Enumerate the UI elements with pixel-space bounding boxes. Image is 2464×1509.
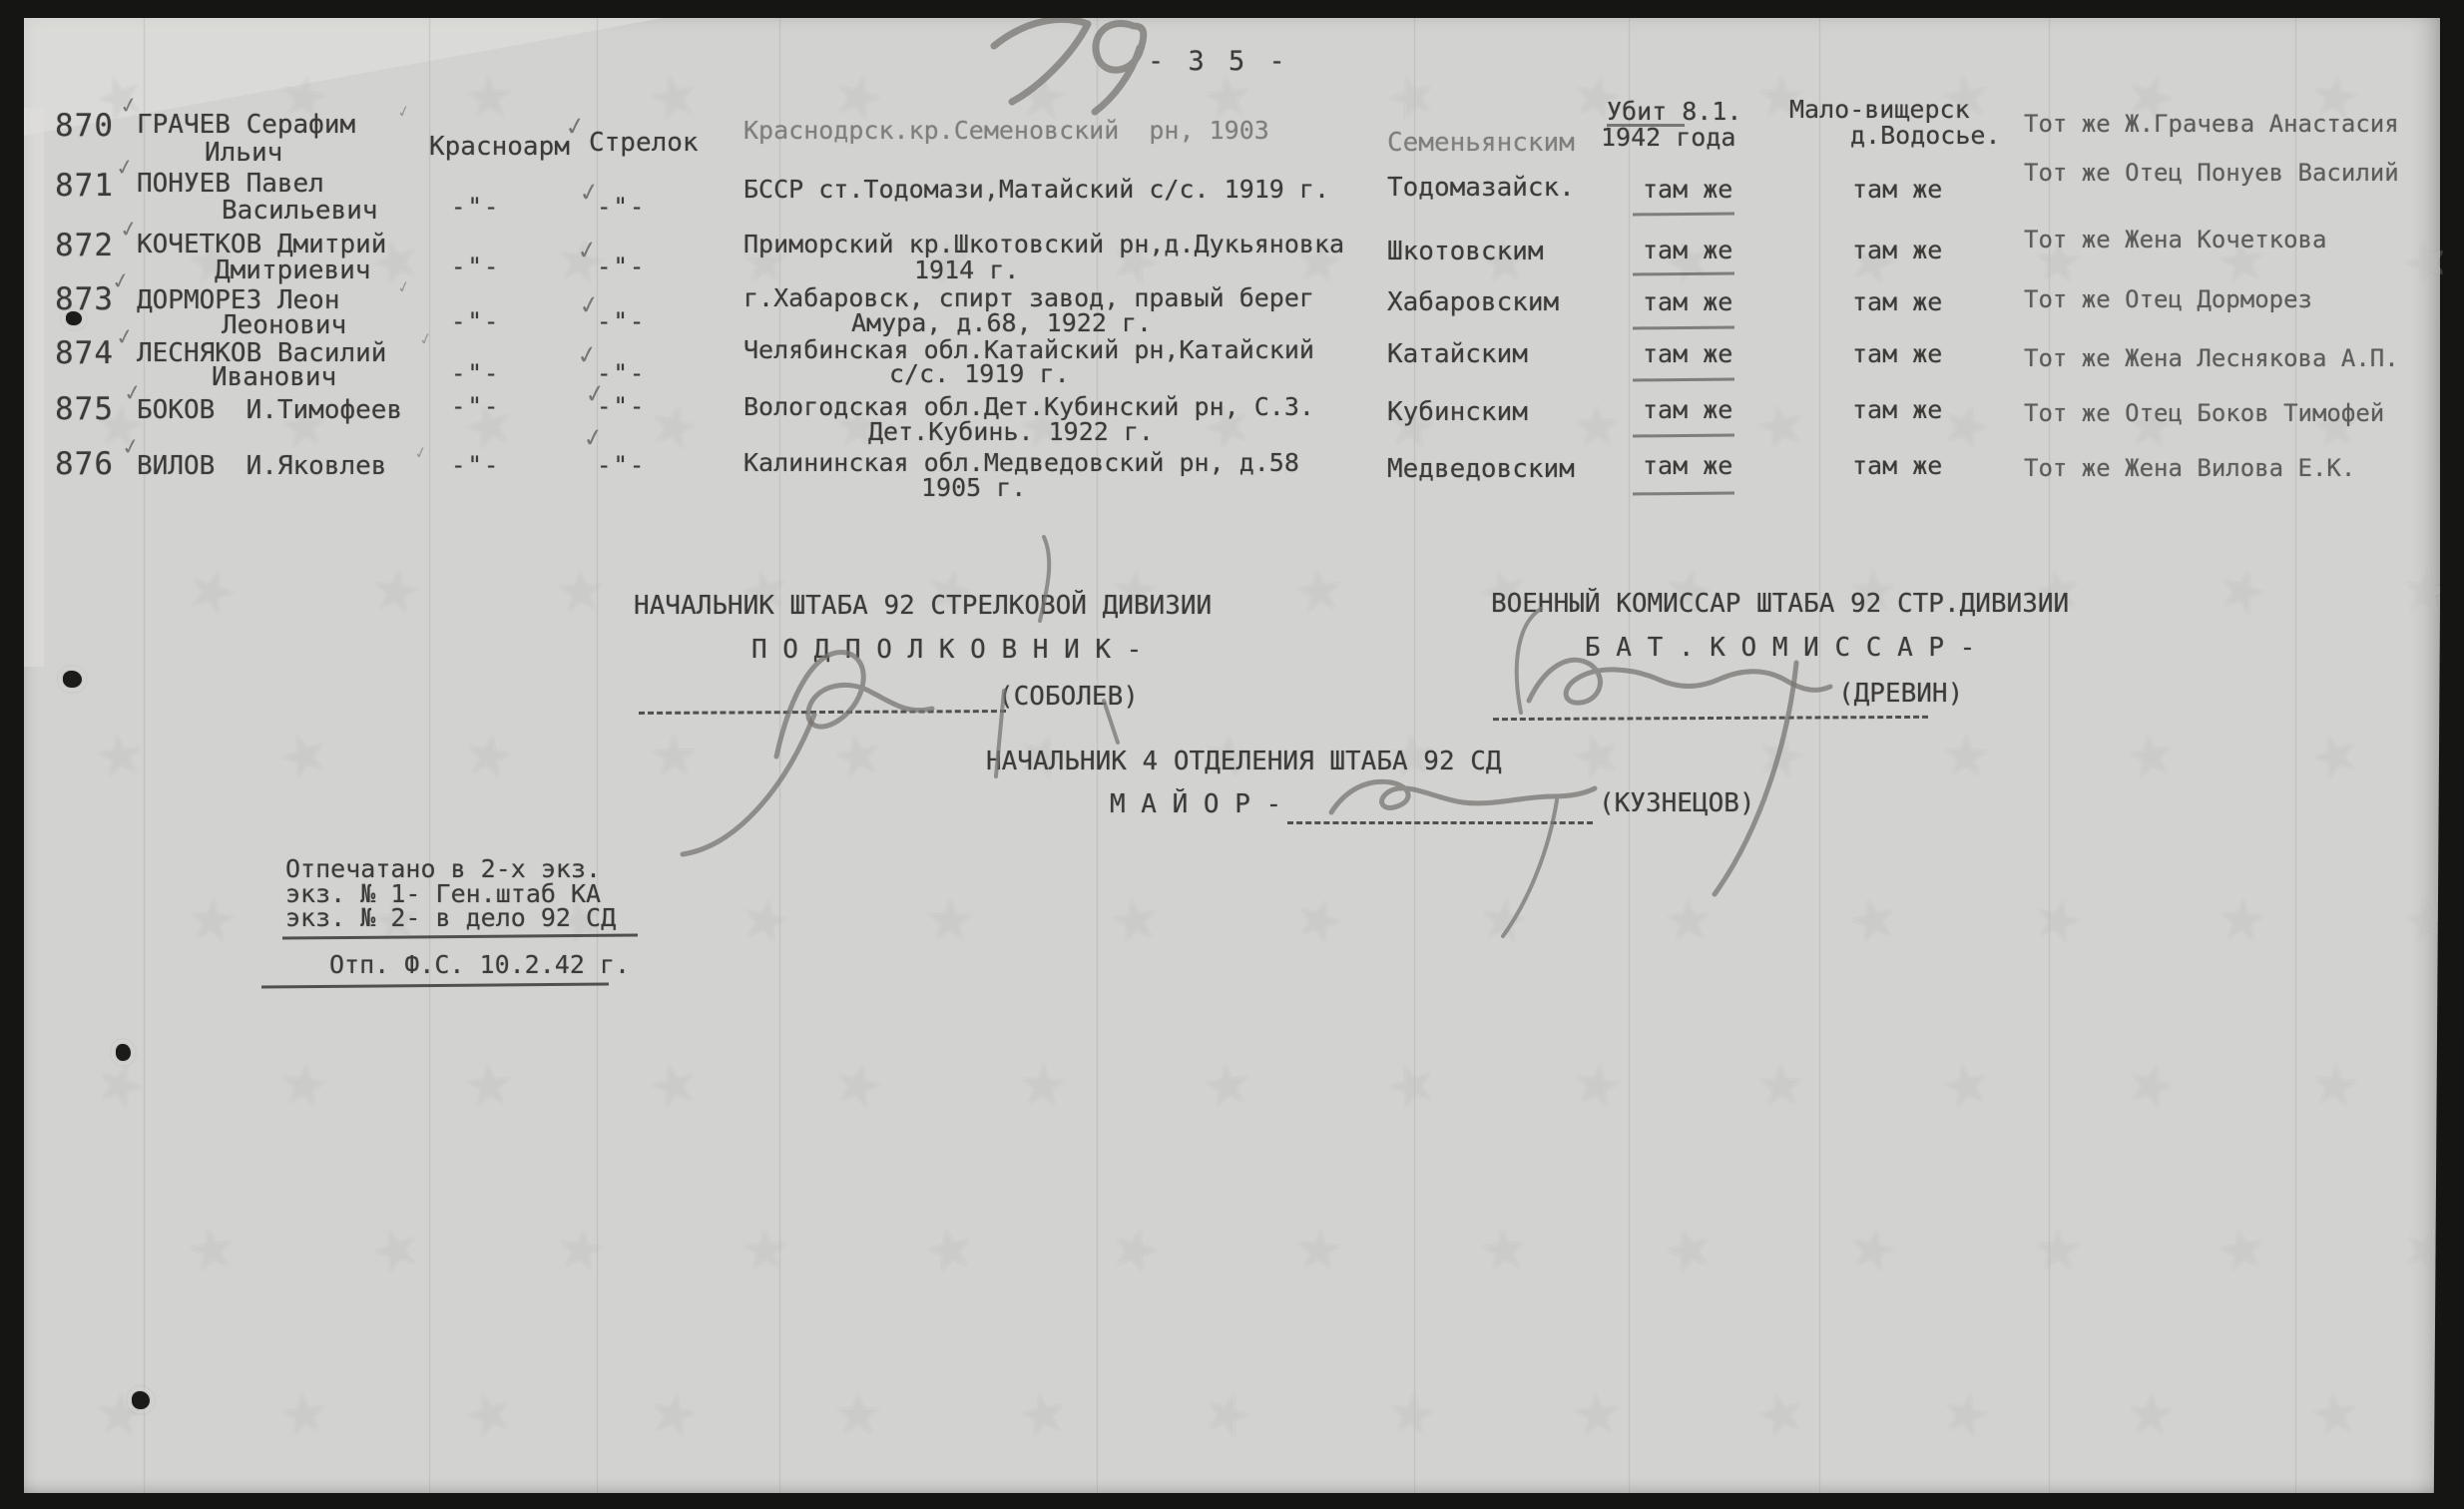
center-signature-name: (КУЗНЕЦОВ) <box>1599 788 1755 818</box>
star-watermark: ★ <box>739 1215 792 1284</box>
row-number: 876 <box>55 446 114 482</box>
row-number: 871 <box>55 168 114 204</box>
enlistment-office: Тодомазайск. <box>1387 173 1575 203</box>
soldier-patronymic: Дмитриевич <box>215 255 371 285</box>
star-watermark: ★ <box>1011 1376 1075 1453</box>
star-watermark: ★ <box>274 1377 334 1451</box>
birthplace-line1: Приморский кр.Шкотовский рн,д.Дукьяновка <box>743 230 1344 258</box>
burial-cell: там же <box>1852 339 1942 368</box>
star-watermark: ★ <box>1569 1378 1626 1449</box>
star-watermark: ★ <box>1289 554 1349 628</box>
star-watermark: ★ <box>2208 551 2277 632</box>
star-watermark: ★ <box>2024 880 2092 959</box>
star-watermark: ★ <box>1563 716 1632 795</box>
left-edge-highlight <box>24 108 44 667</box>
star-watermark: ★ <box>640 1045 708 1124</box>
position-cell: Стрелок <box>589 128 699 158</box>
star-watermark: ★ <box>553 556 608 627</box>
star-watermark: ★ <box>1015 1050 1070 1121</box>
row-number: 870 <box>55 108 114 144</box>
fold-line <box>1818 18 1821 1494</box>
star-watermark: ★ <box>1198 1048 1258 1123</box>
star-watermark: ★ <box>2305 1377 2366 1452</box>
star-watermark: ★ <box>647 722 700 790</box>
burial-cell: Мало-вищерск <box>1789 95 1970 124</box>
star-watermark: ★ <box>1290 1214 1348 1285</box>
scanned-document: ★★★★★★★★★★★★★★★★★★★★★★★★★★★★★★★★★★★★★★★★… <box>0 0 2464 1509</box>
star-watermark: ★ <box>183 884 241 956</box>
star-watermark: ★ <box>733 881 797 958</box>
next-of-kin: Тот же Жена Леснякова А.П. <box>2024 344 2399 372</box>
row-number: 875 <box>55 391 114 427</box>
star-watermark: ★ <box>1570 391 1624 461</box>
print-note-line4: Отп. Ф.С. 10.2.42 г. <box>329 950 630 979</box>
soldier-name: ГРАЧЕВ Серафим <box>137 110 355 140</box>
rank-cell: Красноарм <box>429 132 570 162</box>
punch-hole <box>116 1044 131 1061</box>
star-watermark: ★ <box>2120 718 2182 792</box>
star-watermark: ★ <box>268 715 339 795</box>
star-watermark: ★ <box>1654 1210 1724 1289</box>
position-cell: -"- <box>597 307 646 335</box>
left-signature-name: (СОБОЛЕВ) <box>998 682 1139 712</box>
fate-underline <box>1607 124 1685 127</box>
row-number: 874 <box>55 335 114 371</box>
center-signature-rank: М А Й О Р - <box>1110 789 1281 819</box>
star-watermark: ★ <box>1747 1374 1815 1453</box>
left-signature-rank: П О Д П О Л К О В Н И К - <box>751 635 1142 665</box>
typed-page-number: - 3 5 - <box>1148 46 1289 77</box>
rank-cell: -"- <box>451 193 500 221</box>
fate-cell: там же <box>1643 395 1732 424</box>
rank-cell: -"- <box>451 307 500 335</box>
star-watermark: ★ <box>1840 1211 1905 1287</box>
birthplace-line2: Дет.Кубинь. 1922 г. <box>868 417 1154 446</box>
enlistment-office: Медведовским <box>1387 454 1575 484</box>
burial-cell: там же <box>1852 236 1942 264</box>
birthplace-line1: Краснодрск.кр.Семеновский рн, 1903 <box>743 116 1269 145</box>
star-watermark: ★ <box>176 550 246 631</box>
star-watermark: ★ <box>923 886 976 955</box>
next-of-kin: Тот же Отец Дорморез <box>2024 285 2312 313</box>
star-watermark: ★ <box>1933 1375 2000 1454</box>
star-watermark: ★ <box>360 1209 432 1290</box>
fate-cell: там же <box>1643 287 1732 316</box>
star-watermark: ★ <box>1754 1051 1807 1120</box>
star-watermark: ★ <box>457 718 520 793</box>
soldier-patronymic: Васильевич <box>222 196 378 226</box>
star-watermark: ★ <box>1103 882 1166 958</box>
star-watermark: ★ <box>1661 885 1716 956</box>
star-watermark: ★ <box>366 554 427 629</box>
scan-edge-left <box>0 0 24 1509</box>
star-watermark: ★ <box>454 1374 524 1455</box>
burial-cell: там же <box>1852 287 1942 316</box>
star-watermark: ★ <box>1748 717 1814 794</box>
rank-cell: -"- <box>451 451 500 479</box>
star-watermark: ★ <box>550 1212 612 1286</box>
star-watermark: ★ <box>1283 879 1354 960</box>
enlistment-office: Хабаровским <box>1387 287 1559 317</box>
star-watermark: ★ <box>1474 883 1535 958</box>
position-cell: -"- <box>597 451 646 479</box>
star-watermark: ★ <box>1193 1374 1262 1455</box>
fate-cell: 1942 года <box>1601 123 1735 152</box>
soldier-name: ПОНУЕВ Павел <box>137 169 324 199</box>
star-watermark: ★ <box>90 719 151 793</box>
scan-edge-bottom <box>0 1493 2464 1509</box>
soldier-patronymic: Ильич <box>205 138 282 168</box>
star-watermark: ★ <box>92 1378 149 1449</box>
enlistment-office: Катайским <box>1387 339 1528 369</box>
burial-cell: д.Водосье. <box>1850 121 2001 150</box>
row-number: 873 <box>55 281 114 317</box>
next-of-kin: Тот же Отец Понуев Василий <box>2024 159 2399 187</box>
star-watermark: ★ <box>1748 387 1814 465</box>
soldier-patronymic: Иванович <box>212 362 336 392</box>
star-watermark: ★ <box>825 1046 892 1125</box>
right-signature-title: ВОЕННЫЙ КОМИССАР ШТАБА 92 СТР.ДИВИЗИИ <box>1491 589 2069 619</box>
star-watermark: ★ <box>1475 1213 1534 1285</box>
enlistment-office: Семеньянским <box>1387 128 1575 158</box>
next-of-kin: Тот же Отец Боков Тимофей <box>2024 399 2384 427</box>
next-of-kin: Тот же Жена Кочеткова <box>2024 226 2326 253</box>
star-watermark: ★ <box>2215 884 2271 955</box>
ink-blot <box>63 671 82 688</box>
star-watermark: ★ <box>1376 1044 1447 1125</box>
position-cell: -"- <box>597 193 646 221</box>
birthplace-line2: с/с. 1919 г. <box>889 359 1070 388</box>
right-signature-rank: Б А Т . К О М И С С А Р - <box>1585 633 1975 663</box>
burial-cell: там же <box>1852 451 1942 480</box>
left-signature-title: НАЧАЛЬНИК ШТАБА 92 СТРЕЛКОВОЙ ДИВИЗИИ <box>634 591 1212 621</box>
star-watermark: ★ <box>2299 715 2371 796</box>
rank-cell: -"- <box>451 359 500 387</box>
star-watermark: ★ <box>2116 1045 2186 1125</box>
fate-cell: там же <box>1643 451 1732 480</box>
star-watermark: ★ <box>181 1212 243 1286</box>
star-watermark: ★ <box>641 387 707 465</box>
rank-cell: -"- <box>451 392 500 420</box>
center-signature-title: НАЧАЛЬНИК 4 ОТДЕЛЕНИЯ ШТАБА 92 СД <box>986 747 1502 776</box>
fold-line <box>1628 18 1631 1494</box>
star-watermark: ★ <box>2031 1216 2084 1284</box>
burial-cell: там же <box>1852 395 1942 424</box>
star-watermark: ★ <box>462 62 516 132</box>
star-watermark: ★ <box>274 1048 334 1122</box>
burial-cell: там же <box>1852 175 1942 204</box>
star-watermark: ★ <box>2211 1212 2273 1287</box>
print-note-line3: экз. № 2- в дело 92 СД <box>285 903 616 932</box>
position-cell: -"- <box>597 252 646 280</box>
fate-cell: Убит 8.1. <box>1607 97 1741 126</box>
star-watermark: ★ <box>1382 1377 1442 1451</box>
fate-cell: там же <box>1643 339 1732 368</box>
star-watermark: ★ <box>1840 881 1907 960</box>
enlistment-office: Шкотовским <box>1387 237 1544 266</box>
rank-cell: -"- <box>451 252 500 280</box>
birthplace-line2: 1914 г. <box>914 255 1019 284</box>
star-watermark: ★ <box>1933 1046 1998 1123</box>
position-cell: -"- <box>597 392 646 420</box>
fate-cell: там же <box>1643 236 1732 264</box>
row-number: 872 <box>55 228 114 263</box>
birthplace-line2: 1905 г. <box>921 473 1026 502</box>
soldier-patronymic: Леонович <box>222 310 346 340</box>
next-of-kin: Тот же Жена Вилова Е.К. <box>2024 454 2355 482</box>
enlistment-office: Кубинским <box>1387 397 1528 427</box>
birthplace-line1: БССР ст.Тодомази,Матайский с/с. 1919 г. <box>743 175 1329 204</box>
next-of-kin: Тот же Ж.Грачева Анастасия <box>2024 110 2399 138</box>
star-watermark: ★ <box>2306 1048 2365 1121</box>
star-watermark: ★ <box>1377 57 1447 137</box>
star-watermark: ★ <box>1939 721 1993 790</box>
star-watermark: ★ <box>917 1211 983 1288</box>
star-watermark: ★ <box>2123 1379 2178 1450</box>
star-watermark: ★ <box>642 1376 706 1453</box>
star-watermark: ★ <box>641 58 707 136</box>
star-watermark: ★ <box>1101 1210 1170 1289</box>
fate-cell: там же <box>1643 175 1732 204</box>
soldier-name: БОКОВ И.Тимофеев <box>137 395 402 425</box>
star-watermark: ★ <box>825 717 890 793</box>
star-watermark: ★ <box>461 1049 518 1120</box>
punch-hole <box>132 1391 150 1409</box>
star-watermark: ★ <box>1565 1047 1628 1123</box>
scan-edge-top <box>0 0 2464 18</box>
star-watermark: ★ <box>832 1380 884 1448</box>
birthplace-line2: Амура, д.68, 1922 г. <box>851 308 1152 337</box>
soldier-name: ВИЛОВ И.Яковлев <box>137 451 386 481</box>
center-signature-line <box>1287 821 1593 824</box>
right-signature-name: (ДРЕВИН) <box>1838 679 1963 709</box>
